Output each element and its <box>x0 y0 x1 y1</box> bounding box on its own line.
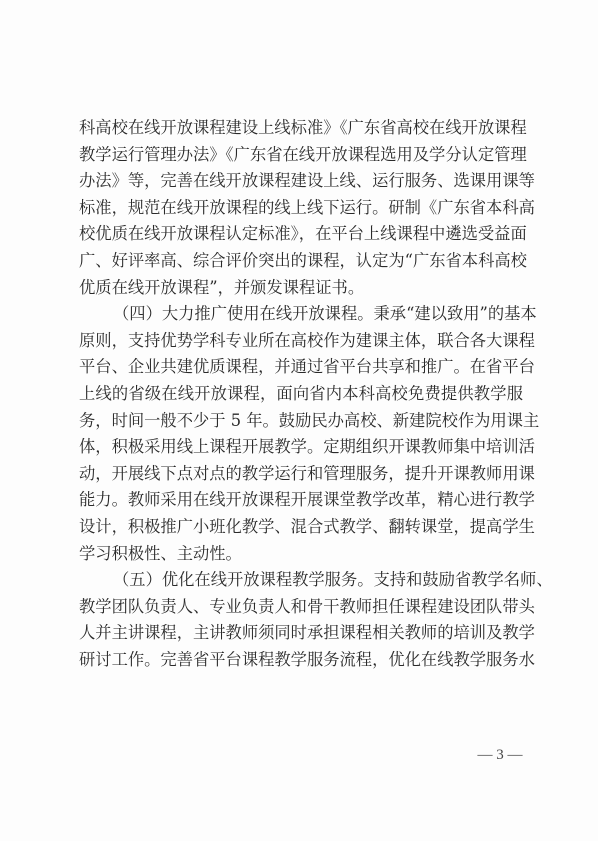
page-number: — 3 — <box>474 747 526 764</box>
text-line: 设计，积极推广小班化教学、混合式教学、翻转课堂，提高学生 <box>79 514 523 541</box>
document-body: 科高校在线开放课程建设上线标准》《广东省高校在线开放课程 教学运行管理办法》《广… <box>79 115 523 673</box>
text-line: 人并主讲课程，主讲教师须同时承担课程相关教师的培训及教学 <box>79 620 523 647</box>
text-line: 学习积极性、主动性。 <box>79 541 523 568</box>
text-line: 优质在线开放课程”，并颁发课程证书。 <box>79 275 523 302</box>
text-line: 广、好评率高、综合评价突出的课程，认定为“广东省本科高校 <box>79 248 523 275</box>
text-line: 务，时间一般不少于 5 年。鼓励民办高校、新建院校作为用课主 <box>79 408 523 435</box>
text-line: 标准，规范在线开放课程的线上线下运行。研制《广东省本科高 <box>79 195 523 222</box>
text-line: 科高校在线开放课程建设上线标准》《广东省高校在线开放课程 <box>79 115 523 142</box>
text-line: 校优质在线开放课程认定标准》，在平台上线课程中遴选受益面 <box>79 221 523 248</box>
text-line: 上线的省级在线开放课程，面向省内本科高校免费提供教学服 <box>79 381 523 408</box>
text-line: 原则，支持优势学科专业所在高校作为建课主体，联合各大课程 <box>79 328 523 355</box>
text-line: 研讨工作。完善省平台课程教学服务流程，优化在线教学服务水 <box>79 647 523 674</box>
text-line: 教学团队负责人、专业负责人和骨干教师担任课程建设团队带头 <box>79 594 523 621</box>
text-line: 动，开展线下点对点的教学运行和管理服务，提升开课教师用课 <box>79 461 523 488</box>
text-line: 办法》等，完善在线开放课程建设上线、运行服务、选课用课等 <box>79 168 523 195</box>
text-line: 平台、企业共建优质课程，并通过省平台共享和推广。在省平台 <box>79 354 523 381</box>
text-line: 能力。教师采用在线开放课程开展课堂教学改革，精心进行教学 <box>79 487 523 514</box>
text-line: 教学运行管理办法》《广东省在线开放课程选用及学分认定管理 <box>79 142 523 169</box>
text-line: 体，积极采用线上课程开展教学。定期组织开课教师集中培训活 <box>79 434 523 461</box>
document-page: 科高校在线开放课程建设上线标准》《广东省高校在线开放课程 教学运行管理办法》《广… <box>0 0 598 841</box>
section-heading-line: （四）大力推广使用在线开放课程。秉承“建以致用”的基本 <box>79 301 523 328</box>
section-heading-line: （五）优化在线开放课程教学服务。支持和鼓励省教学名师、 <box>79 567 523 594</box>
